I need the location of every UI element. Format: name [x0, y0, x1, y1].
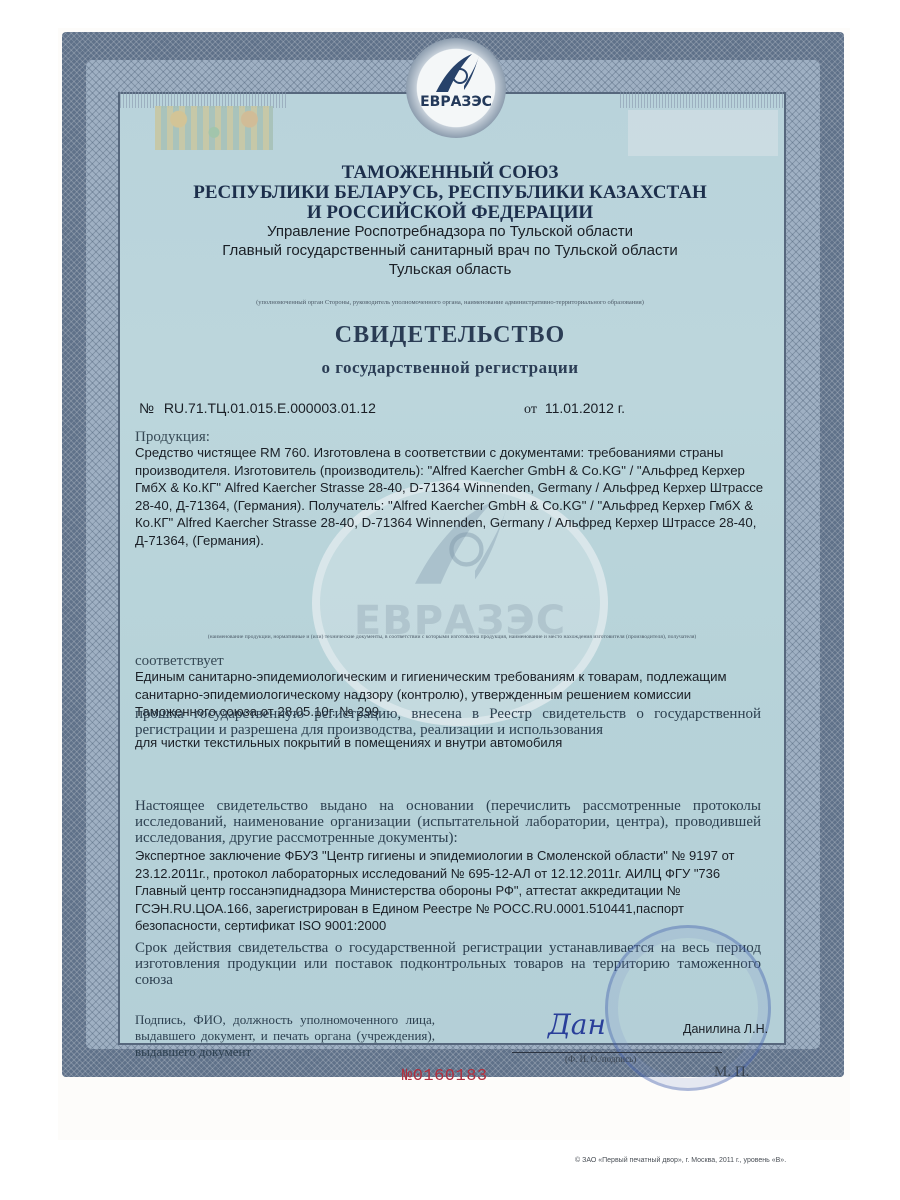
document-subtitle: о государственной регистрации: [130, 358, 770, 378]
header-authority: Управление Роспотребнадзора по Тульской …: [130, 222, 770, 241]
evraes-logo-icon: [434, 52, 480, 94]
microprint-patch-right: [620, 92, 785, 108]
basis-section: Настоящее свидетельство выдано на основа…: [135, 798, 771, 935]
header-chief-doctor: Главный государственный санитарный врач …: [130, 241, 770, 260]
signature-line: [512, 1052, 722, 1053]
registered-text: прошла государственную регистрацию, внес…: [135, 706, 761, 738]
basis-text: Экспертное заключение ФБУЗ "Центр гигиен…: [135, 847, 761, 935]
registration-number: RU.71.ТЦ.01.015.Е.000003.01.12: [164, 400, 376, 416]
header-republics: РЕСПУБЛИКИ БЕЛАРУСЬ, РЕСПУБЛИКИ КАЗАХСТА…: [130, 183, 770, 203]
product-section: Продукция: Средство чистящее RM 760. Изг…: [135, 430, 771, 549]
document-title: СВИДЕТЕЛЬСТВО: [130, 322, 770, 349]
printer-credit: © ЗАО «Первый печатный двор», г. Москва,…: [575, 1157, 786, 1164]
signatory-name: Данилина Л.Н.: [683, 1022, 768, 1036]
conformity-label: соответствует: [135, 654, 771, 668]
security-patch: [628, 110, 778, 156]
registration-date-row: от 11.01.2012 г.: [524, 400, 625, 418]
product-text: Средство чистящее RM 760. Изготовлена в …: [135, 444, 765, 549]
product-caption: (наименование продукции, нормативные и (…: [128, 634, 776, 640]
evraes-emblem: ЕВРАЗЭС: [396, 30, 516, 142]
serial-number: №0160183: [402, 1067, 488, 1086]
header-region: Тульская область: [130, 260, 770, 279]
product-label: Продукция:: [135, 430, 771, 444]
registration-date: 11.01.2012 г.: [545, 400, 625, 416]
registered-usage: для чистки текстильных покрытий в помеще…: [135, 735, 771, 750]
registered-section: прошла государственную регистрацию, внес…: [135, 706, 771, 750]
fio-caption: (Ф. И. О./подпись): [565, 1054, 636, 1064]
header-union: ТАМОЖЕННЫЙ СОЮЗ: [130, 163, 770, 183]
header-federation: И РОССИЙСКОЙ ФЕДЕРАЦИИ: [130, 203, 770, 223]
header-caption: (уполномоченный орган Стороны, руководит…: [130, 299, 770, 306]
basis-label: Настоящее свидетельство выдано на основа…: [135, 798, 761, 846]
registration-number-row: № RU.71.ТЦ.01.015.Е.000003.01.12: [139, 400, 376, 416]
date-label: от: [524, 402, 537, 417]
number-label: №: [139, 400, 154, 416]
signature-label: Подпись, ФИО, должность уполномоченного …: [135, 1012, 435, 1060]
hologram-sticker: [155, 106, 273, 150]
handwritten-signature: Дан: [548, 1008, 606, 1041]
signature-label-block: Подпись, ФИО, должность уполномоченного …: [135, 1012, 435, 1060]
emblem-label: ЕВРАЗЭС: [396, 94, 516, 110]
seal-label: М. П.: [714, 1064, 749, 1081]
